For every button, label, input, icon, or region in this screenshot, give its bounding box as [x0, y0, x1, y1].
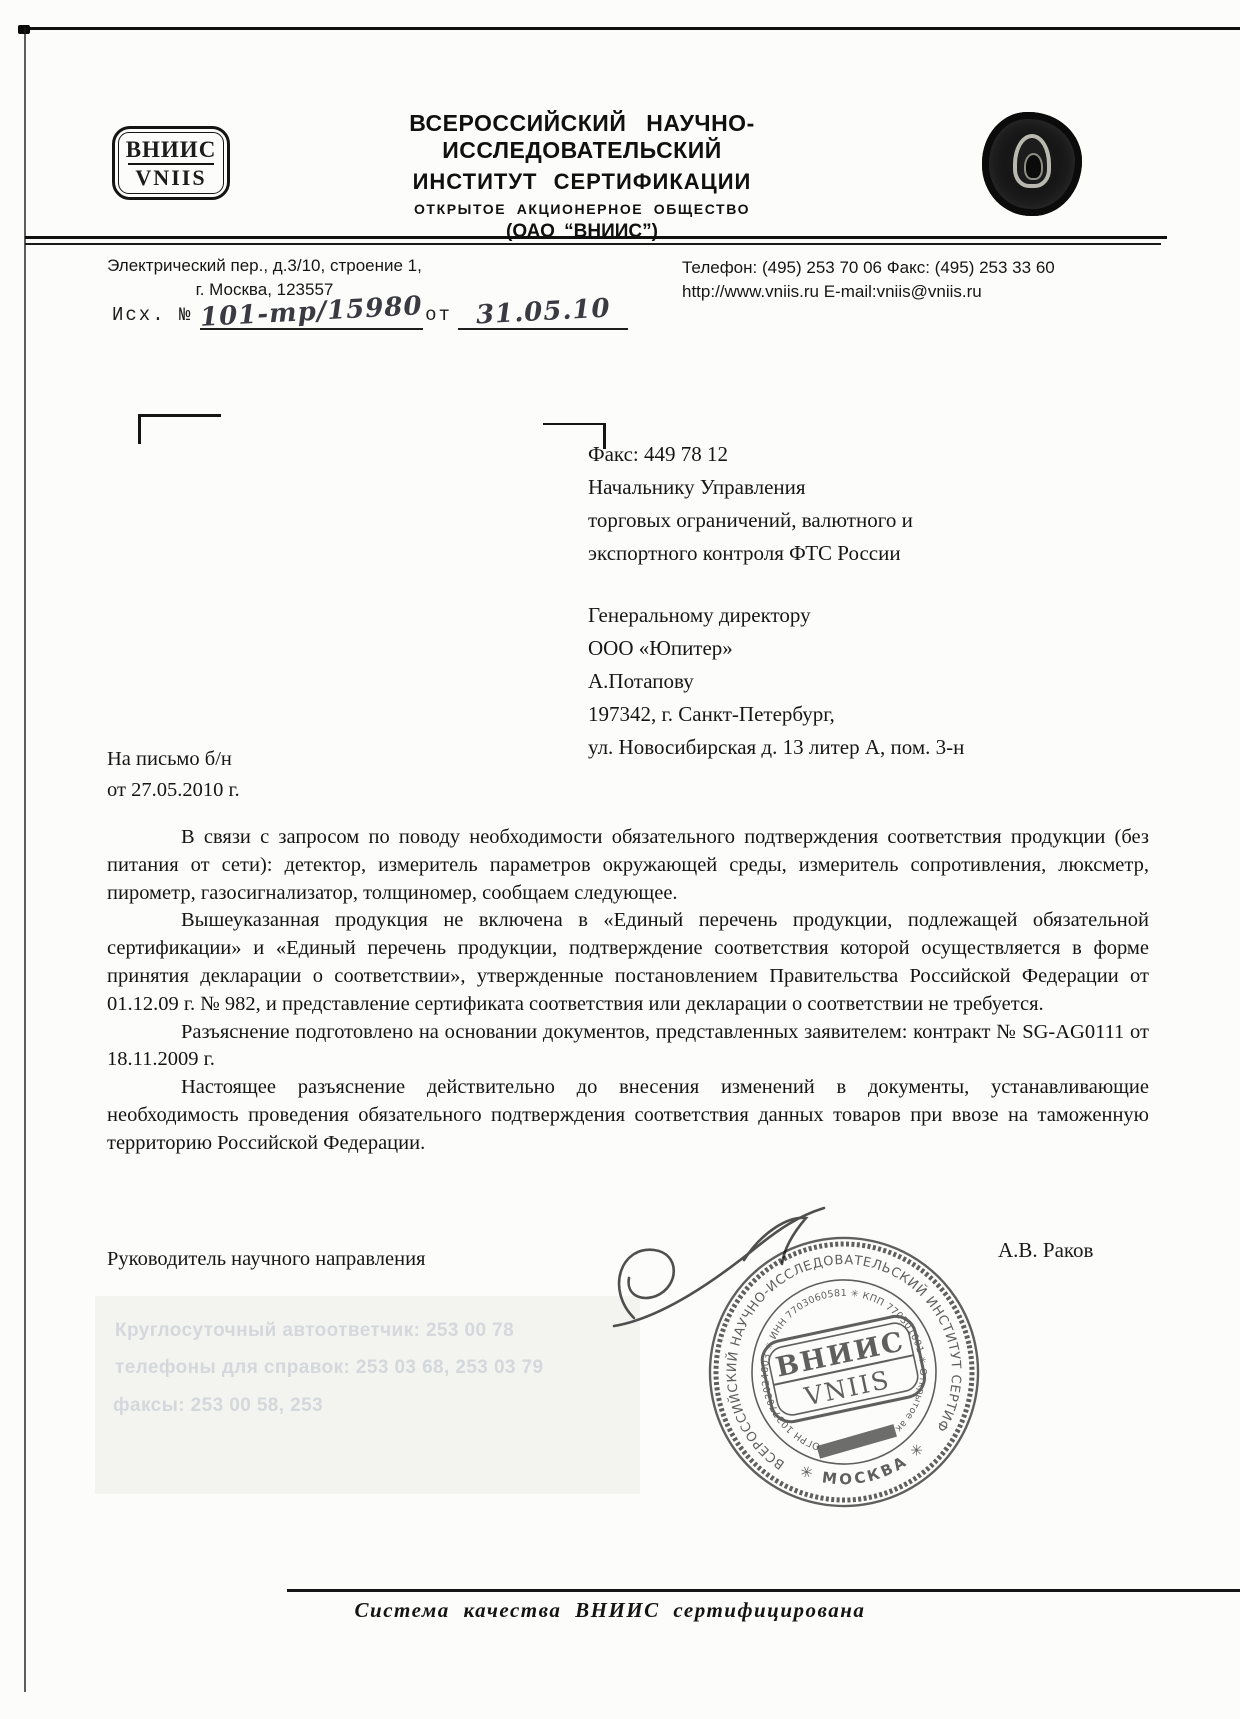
- outgoing-number-label: Исх. №: [112, 304, 192, 330]
- scanned-letter-page: ВНИИС VNIIS ВСЕРОССИЙСКИЙ НАУЧНО-ИССЛЕДО…: [0, 0, 1240, 1719]
- body-paragraph-2: Вышеуказанная продукция не включена в «Е…: [107, 907, 1149, 1018]
- body-paragraph-1: В связи с запросом по поводу необходимос…: [107, 824, 1149, 907]
- in-reply-line1: На письмо б/н: [107, 744, 240, 775]
- org-abbrev-line: (ОАО “ВНИИС”): [280, 221, 884, 243]
- logo-text-cyrillic: ВНИИС: [126, 138, 217, 162]
- scan-left-border: [24, 27, 26, 1692]
- org-phone-fax: Телефон: (495) 253 70 06 Факс: (495) 253…: [682, 256, 1162, 280]
- logo-text-latin: VNIIS: [135, 166, 206, 189]
- body-paragraph-3: Разъяснение подготовлено на основании до…: [107, 1019, 1149, 1075]
- org-name-line2: ИНСТИТУТ СЕРТИФИКАЦИИ: [280, 169, 884, 195]
- emblem-arch-shape: [1013, 134, 1051, 188]
- outgoing-date-underline: 31.05.10: [458, 298, 628, 330]
- org-web-email: http://www.vniis.ru E-mail:vniis@vniis.r…: [682, 280, 1162, 304]
- signatory-position: Руководитель научного направления: [107, 1248, 426, 1271]
- outgoing-date-handwritten: 31.05.10: [475, 293, 611, 330]
- recipient-block: Факс: 449 78 12 Начальнику Управления то…: [588, 438, 1078, 764]
- vniis-logo-inner: ВНИИС VNIIS: [118, 132, 224, 194]
- recipient-line: торговых ограничений, валютного и: [588, 504, 1078, 537]
- org-address-line1: Электрический пер., д.3/10, строение 1,: [92, 254, 437, 278]
- quality-mark-emblem-icon: [982, 112, 1082, 216]
- vniis-round-stamp: ВСЕРОССИЙСКИЙ НАУЧНО-ИССЛЕДОВАТЕЛЬСКИЙ И…: [702, 1230, 986, 1514]
- outgoing-number-handwritten: 101-тр/15980: [200, 291, 424, 333]
- in-reply-block: На письмо б/н от 27.05.2010 г.: [107, 744, 240, 806]
- crop-mark-left: [138, 414, 221, 444]
- letter-body: В связи с запросом по поводу необходимос…: [107, 824, 1149, 1158]
- faded-note-line1: Круглосуточный автоответчик: 253 00 78: [115, 1320, 514, 1342]
- faded-note-line3: факсы: 253 00 58, 253: [113, 1395, 323, 1417]
- recipient-line: Генеральному директору: [588, 599, 1078, 632]
- recipient-line: экспортного контроля ФТС России: [588, 537, 1078, 570]
- org-type-line: ОТКРЫТОЕ АКЦИОНЕРНОЕ ОБЩЕСТВО: [280, 201, 884, 217]
- outgoing-number-underline: 101-тр/15980: [200, 298, 423, 330]
- outgoing-date-label: от: [425, 304, 452, 330]
- recipient-line: А.Потапову: [588, 665, 1078, 698]
- faded-note-line2: телефоны для справок: 253 03 68, 253 03 …: [115, 1357, 544, 1379]
- emblem-arch-inner: [1024, 153, 1043, 180]
- signatory-name: А.В. Раков: [998, 1238, 1093, 1263]
- recipient-line: Начальнику Управления: [588, 471, 1078, 504]
- recipient-line: ООО «Юпитер»: [588, 632, 1078, 665]
- footer-rule: [287, 1589, 1240, 1592]
- header-rule-bottom: [25, 243, 1161, 245]
- stamp-smudge: [816, 1424, 896, 1459]
- recipient-line: ул. Новосибирская д. 13 литер А, пом. 3-…: [588, 731, 1078, 764]
- recipient-gap: [588, 570, 1078, 599]
- letterhead-title: ВСЕРОССИЙСКИЙ НАУЧНО-ИССЛЕДОВАТЕЛЬСКИЙ И…: [280, 110, 884, 243]
- recipient-line: 197342, г. Санкт-Петербург,: [588, 698, 1078, 731]
- vniis-logo: ВНИИС VNIIS: [112, 126, 230, 200]
- org-contacts: Телефон: (495) 253 70 06 Факс: (495) 253…: [682, 256, 1162, 304]
- org-name-line1: ВСЕРОССИЙСКИЙ НАУЧНО-ИССЛЕДОВАТЕЛЬСКИЙ: [280, 110, 884, 164]
- body-paragraph-4: Настоящее разъяснение действительно до в…: [107, 1074, 1149, 1157]
- scan-top-border: [20, 27, 1240, 30]
- outgoing-reference-line: Исх. № 101-тр/15980 от 31.05.10: [112, 298, 628, 330]
- footer-quality-note: Система качества ВНИИС сертифицирована: [280, 1598, 940, 1623]
- recipient-fax: Факс: 449 78 12: [588, 438, 1078, 471]
- header-rule-top: [25, 236, 1167, 239]
- in-reply-line2: от 27.05.2010 г.: [107, 775, 240, 806]
